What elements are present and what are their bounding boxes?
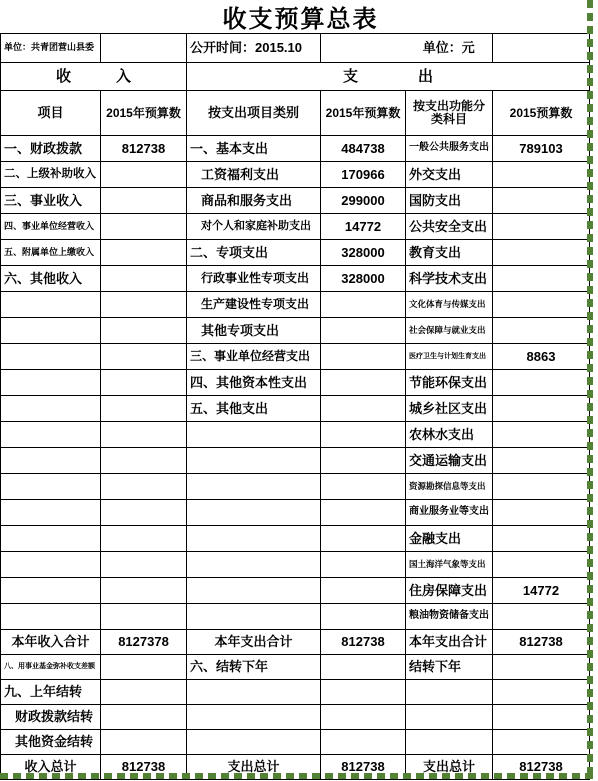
table-row: 六、其他收入行政事业性专项支出328000科学技术支出 bbox=[1, 266, 590, 292]
table-cell bbox=[1, 370, 101, 396]
table-cell: 328000 bbox=[321, 266, 406, 292]
table-cell bbox=[187, 578, 321, 604]
budget-summary-page: 收支预算总表 单位：共青团营山县委 公开时间：2015.10 单位：元 收 入 … bbox=[0, 0, 598, 781]
unit-label: 单位：共青团营山县委 bbox=[1, 34, 101, 63]
table-row: 三、事业收入商品和服务支出299000国防支出 bbox=[1, 188, 590, 214]
table-cell: 文化体育与传媒支出 bbox=[406, 292, 493, 318]
table-cell bbox=[321, 526, 406, 552]
table-row: 九、上年结转 bbox=[1, 680, 590, 705]
budget-table-body: 一、财政拨款812738一、基本支出484738一般公共服务支出789103二、… bbox=[1, 136, 590, 780]
table-cell bbox=[101, 655, 187, 680]
table-row: 住房保障支出14772 bbox=[1, 578, 590, 604]
table-cell bbox=[493, 292, 590, 318]
table-row: 资源勘探信息等支出 bbox=[1, 474, 590, 500]
table-cell bbox=[187, 474, 321, 500]
table-cell bbox=[493, 422, 590, 448]
table-cell: 本年支出合计 bbox=[187, 630, 321, 655]
table-cell bbox=[1, 448, 101, 474]
info-row: 单位：共青团营山县委 公开时间：2015.10 单位：元 bbox=[1, 34, 590, 63]
col-header-expense-category: 按支出项目类别 bbox=[187, 91, 321, 136]
table-cell bbox=[493, 188, 590, 214]
table-cell: 城乡社区支出 bbox=[406, 396, 493, 422]
table-cell bbox=[187, 705, 321, 730]
table-cell bbox=[321, 730, 406, 755]
table-cell bbox=[101, 705, 187, 730]
table-cell bbox=[493, 474, 590, 500]
table-cell: 本年支出合计 bbox=[406, 630, 493, 655]
table-cell bbox=[493, 680, 590, 705]
table-cell: 六、结转下年 bbox=[187, 655, 321, 680]
table-cell: 812738 bbox=[101, 136, 187, 162]
table-cell bbox=[101, 214, 187, 240]
table-cell bbox=[187, 422, 321, 448]
table-cell bbox=[187, 604, 321, 630]
col-header-function-category: 按支出功能分类科目 bbox=[406, 91, 493, 136]
table-cell: 四、其他资本性支出 bbox=[187, 370, 321, 396]
table-cell: 交通运输支出 bbox=[406, 448, 493, 474]
table-cell bbox=[101, 526, 187, 552]
page-break-dashed-line-right bbox=[587, 0, 593, 779]
table-cell bbox=[406, 730, 493, 755]
table-cell bbox=[187, 552, 321, 578]
table-cell bbox=[1, 526, 101, 552]
table-cell bbox=[101, 162, 187, 188]
table-row: 八、用事业基金弥补收支差额六、结转下年结转下年 bbox=[1, 655, 590, 680]
table-cell: 8127378 bbox=[101, 630, 187, 655]
col-header-expense-budget: 2015年预算数 bbox=[321, 91, 406, 136]
table-cell bbox=[321, 680, 406, 705]
table-cell bbox=[101, 604, 187, 630]
table-row: 金融支出 bbox=[1, 526, 590, 552]
table-cell: 四、事业单位经营收入 bbox=[1, 214, 101, 240]
table-cell bbox=[1, 318, 101, 344]
table-row: 财政拨款结转 bbox=[1, 705, 590, 730]
table-row: 农林水支出 bbox=[1, 422, 590, 448]
table-row: 四、事业单位经营收入对个人和家庭补助支出14772公共安全支出 bbox=[1, 214, 590, 240]
table-cell: 一、财政拨款 bbox=[1, 136, 101, 162]
table-cell: 行政事业性专项支出 bbox=[187, 266, 321, 292]
table-cell bbox=[493, 266, 590, 292]
table-cell bbox=[493, 705, 590, 730]
table-cell: 国防支出 bbox=[406, 188, 493, 214]
table-cell bbox=[101, 344, 187, 370]
table-cell bbox=[321, 344, 406, 370]
table-cell bbox=[321, 370, 406, 396]
table-cell: 八、用事业基金弥补收支差额 bbox=[1, 655, 101, 680]
column-header-row: 项目 2015年预算数 按支出项目类别 2015年预算数 按支出功能分类科目 2… bbox=[1, 91, 590, 136]
table-cell bbox=[321, 318, 406, 344]
table-cell: 公共安全支出 bbox=[406, 214, 493, 240]
table-cell: 六、其他收入 bbox=[1, 266, 101, 292]
table-cell bbox=[1, 292, 101, 318]
page-break-dashed-line-bottom bbox=[0, 773, 593, 779]
table-cell: 教育支出 bbox=[406, 240, 493, 266]
table-row: 一、财政拨款812738一、基本支出484738一般公共服务支出789103 bbox=[1, 136, 590, 162]
table-cell bbox=[187, 526, 321, 552]
table-row: 交通运输支出 bbox=[1, 448, 590, 474]
table-cell: 二、专项支出 bbox=[187, 240, 321, 266]
table-cell bbox=[321, 396, 406, 422]
table-cell bbox=[1, 552, 101, 578]
empty-cell bbox=[321, 34, 406, 63]
table-cell: 本年收入合计 bbox=[1, 630, 101, 655]
table-cell: 财政拨款结转 bbox=[1, 705, 101, 730]
table-row: 其他专项支出社会保障与就业支出 bbox=[1, 318, 590, 344]
table-cell bbox=[493, 604, 590, 630]
table-cell bbox=[493, 396, 590, 422]
table-cell: 8863 bbox=[493, 344, 590, 370]
table-cell bbox=[101, 448, 187, 474]
table-row: 粮油物资储备支出 bbox=[1, 604, 590, 630]
table-cell bbox=[101, 730, 187, 755]
section-header-row: 收 入 支 出 bbox=[1, 63, 590, 91]
table-cell: 812738 bbox=[321, 630, 406, 655]
table-row: 其他资金结转 bbox=[1, 730, 590, 755]
table-cell bbox=[1, 604, 101, 630]
table-cell: 工资福利支出 bbox=[187, 162, 321, 188]
table-cell: 14772 bbox=[493, 578, 590, 604]
table-cell: 金融支出 bbox=[406, 526, 493, 552]
table-row: 三、事业单位经营支出医疗卫生与计划生育支出8863 bbox=[1, 344, 590, 370]
table-cell: 其他专项支出 bbox=[187, 318, 321, 344]
table-cell bbox=[493, 318, 590, 344]
income-section-header: 收 入 bbox=[1, 63, 187, 91]
table-cell: 九、上年结转 bbox=[1, 680, 101, 705]
table-cell bbox=[321, 474, 406, 500]
table-cell bbox=[101, 422, 187, 448]
table-cell bbox=[493, 370, 590, 396]
table-cell bbox=[187, 448, 321, 474]
table-cell: 二、上级补助收入 bbox=[1, 162, 101, 188]
table-cell: 社会保障与就业支出 bbox=[406, 318, 493, 344]
table-cell bbox=[187, 730, 321, 755]
table-cell: 其他资金结转 bbox=[1, 730, 101, 755]
table-cell: 医疗卫生与计划生育支出 bbox=[406, 344, 493, 370]
table-cell bbox=[187, 680, 321, 705]
col-header-item: 项目 bbox=[1, 91, 101, 136]
empty-cell bbox=[493, 34, 590, 63]
table-cell bbox=[1, 396, 101, 422]
table-cell bbox=[321, 604, 406, 630]
table-cell bbox=[101, 266, 187, 292]
budget-table: 单位：共青团营山县委 公开时间：2015.10 单位：元 收 入 支 出 项目 … bbox=[0, 33, 590, 780]
table-cell bbox=[493, 448, 590, 474]
table-cell: 住房保障支出 bbox=[406, 578, 493, 604]
table-cell: 299000 bbox=[321, 188, 406, 214]
table-cell: 一般公共服务支出 bbox=[406, 136, 493, 162]
table-cell: 170966 bbox=[321, 162, 406, 188]
table-cell: 商业服务业等支出 bbox=[406, 500, 493, 526]
table-cell: 农林水支出 bbox=[406, 422, 493, 448]
table-cell: 国土海洋气象等支出 bbox=[406, 552, 493, 578]
table-cell bbox=[321, 578, 406, 604]
table-cell bbox=[1, 344, 101, 370]
expense-section-header: 支 出 bbox=[187, 63, 590, 91]
table-cell: 14772 bbox=[321, 214, 406, 240]
table-row: 四、其他资本性支出节能环保支出 bbox=[1, 370, 590, 396]
table-cell bbox=[493, 240, 590, 266]
table-cell: 三、事业收入 bbox=[1, 188, 101, 214]
table-cell bbox=[101, 474, 187, 500]
table-cell bbox=[493, 526, 590, 552]
table-cell bbox=[1, 474, 101, 500]
table-cell: 对个人和家庭补助支出 bbox=[187, 214, 321, 240]
table-cell: 科学技术支出 bbox=[406, 266, 493, 292]
table-cell bbox=[493, 552, 590, 578]
table-cell: 484738 bbox=[321, 136, 406, 162]
table-cell bbox=[101, 318, 187, 344]
table-cell: 三、事业单位经营支出 bbox=[187, 344, 321, 370]
table-cell bbox=[321, 448, 406, 474]
col-header-income-budget: 2015年预算数 bbox=[101, 91, 187, 136]
table-cell bbox=[101, 500, 187, 526]
table-cell bbox=[187, 500, 321, 526]
table-cell: 节能环保支出 bbox=[406, 370, 493, 396]
table-cell bbox=[321, 422, 406, 448]
table-cell bbox=[101, 578, 187, 604]
table-cell bbox=[321, 655, 406, 680]
table-row: 二、上级补助收入工资福利支出170966外交支出 bbox=[1, 162, 590, 188]
table-cell bbox=[1, 422, 101, 448]
table-cell bbox=[321, 552, 406, 578]
table-cell bbox=[1, 578, 101, 604]
table-cell bbox=[493, 214, 590, 240]
table-cell: 五、附属单位上缴收入 bbox=[1, 240, 101, 266]
table-row: 国土海洋气象等支出 bbox=[1, 552, 590, 578]
table-cell: 生产建设性专项支出 bbox=[187, 292, 321, 318]
table-cell bbox=[493, 500, 590, 526]
table-cell bbox=[101, 292, 187, 318]
table-cell bbox=[321, 705, 406, 730]
table-cell bbox=[493, 730, 590, 755]
table-cell bbox=[101, 680, 187, 705]
table-row: 商业服务业等支出 bbox=[1, 500, 590, 526]
table-cell bbox=[321, 292, 406, 318]
table-cell bbox=[101, 396, 187, 422]
table-cell: 一、基本支出 bbox=[187, 136, 321, 162]
page-title: 收支预算总表 bbox=[0, 0, 589, 33]
table-row: 五、附属单位上缴收入二、专项支出328000教育支出 bbox=[1, 240, 590, 266]
table-cell bbox=[321, 500, 406, 526]
table-row: 五、其他支出城乡社区支出 bbox=[1, 396, 590, 422]
table-cell: 328000 bbox=[321, 240, 406, 266]
table-cell bbox=[493, 655, 590, 680]
table-cell bbox=[493, 162, 590, 188]
empty-cell bbox=[101, 34, 187, 63]
table-cell: 812738 bbox=[493, 630, 590, 655]
table-cell bbox=[406, 705, 493, 730]
table-cell: 结转下年 bbox=[406, 655, 493, 680]
table-cell bbox=[101, 552, 187, 578]
table-cell bbox=[1, 500, 101, 526]
table-cell: 外交支出 bbox=[406, 162, 493, 188]
table-cell: 粮油物资储备支出 bbox=[406, 604, 493, 630]
table-cell: 商品和服务支出 bbox=[187, 188, 321, 214]
table-row: 生产建设性专项支出文化体育与传媒支出 bbox=[1, 292, 590, 318]
col-header-function-budget: 2015预算数 bbox=[493, 91, 590, 136]
currency-unit-label: 单位：元 bbox=[406, 34, 493, 63]
table-cell bbox=[101, 240, 187, 266]
table-cell: 789103 bbox=[493, 136, 590, 162]
table-cell: 五、其他支出 bbox=[187, 396, 321, 422]
table-cell bbox=[101, 370, 187, 396]
table-cell: 资源勘探信息等支出 bbox=[406, 474, 493, 500]
table-row: 本年收入合计8127378本年支出合计812738本年支出合计812738 bbox=[1, 630, 590, 655]
publish-time-label: 公开时间：2015.10 bbox=[187, 34, 321, 63]
table-cell bbox=[101, 188, 187, 214]
table-cell bbox=[406, 680, 493, 705]
